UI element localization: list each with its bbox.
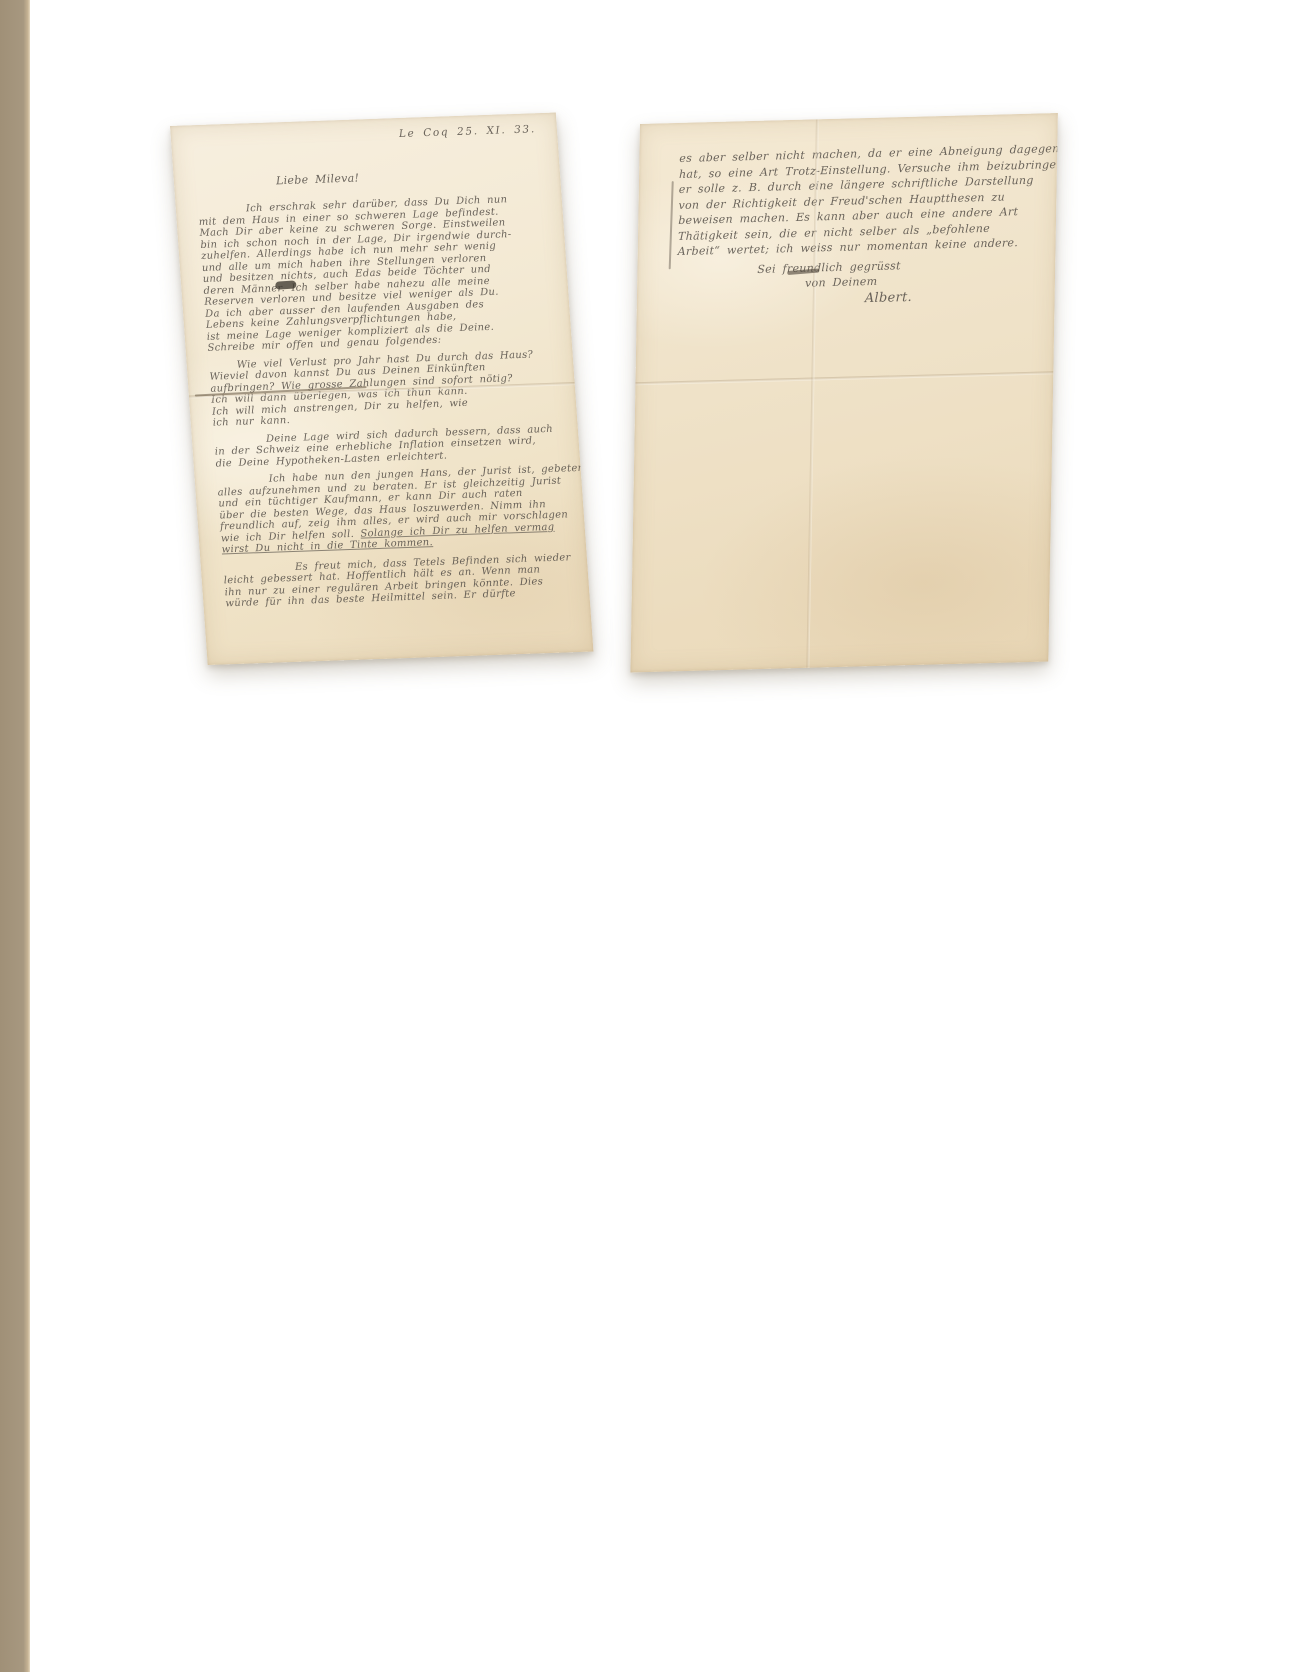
letter-page-2: es aber selber nicht machen, da er eine … [630, 113, 1057, 672]
paragraph-2: Wie viel Verlust pro Jahr hast Du durch … [208, 348, 565, 429]
horizontal-fold-crease [635, 371, 1053, 385]
letter-date: Le Coq 25. XI. 33. [399, 123, 537, 140]
paragraph-4: Ich habe nun den jungen Hans, der Jurist… [216, 463, 573, 556]
letter-photo-scene: Le Coq 25. XI. 33. Liebe Mileva! Ich ers… [0, 0, 1301, 900]
paragraph-5: Es freut mich, dass Tetels Befinden sich… [223, 552, 578, 610]
margin-pencil-line [669, 181, 674, 269]
paragraph-continuation: es aber selber nicht machen, da er eine … [678, 141, 1052, 259]
letter-salutation: Liebe Mileva! [276, 171, 360, 187]
letter-body-page-1: Ich erschrak sehr darüber, dass Du Dich … [198, 193, 578, 610]
paragraph-1: Ich erschrak sehr darüber, dass Du Dich … [198, 193, 560, 355]
paragraph-3: Deine Lage wird sich dadurch bessern, da… [214, 423, 568, 470]
letter-body-page-2: es aber selber nicht machen, da er eine … [677, 141, 1052, 311]
letter-page-1: Le Coq 25. XI. 33. Liebe Mileva! Ich ers… [170, 113, 593, 665]
auction-catalog-photo: { "colors":{ "background":"#ffffff", "sp… [0, 0, 1301, 1672]
ink-blot-correction [275, 280, 297, 289]
